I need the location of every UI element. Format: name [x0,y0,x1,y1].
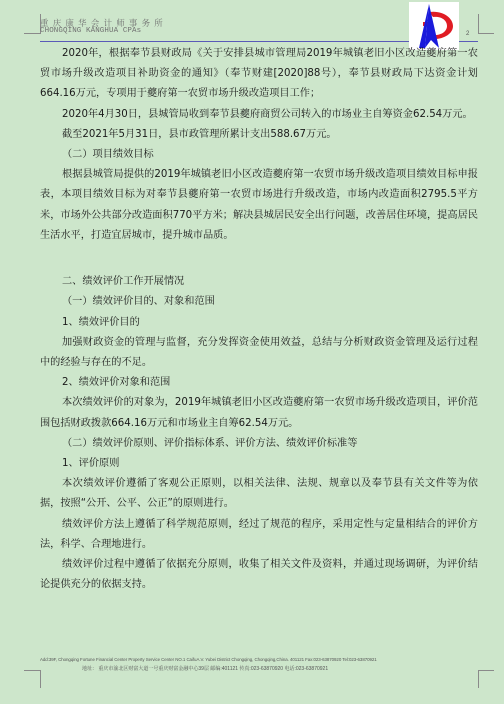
crop-mark [40,670,41,688]
crop-mark [478,670,479,688]
subsection-heading: 1、绩效评价目的 [40,313,478,333]
subsection-heading: 1、评价原则 [40,454,478,474]
paragraph: 截至2021年5月31日，县市政管理所累计支出588.67万元。 [40,125,478,145]
footer-address-en: Add:39F, Chongqing Fortune Financial Cen… [40,657,480,662]
paragraph: 2020年，根据奉节县财政局《关于安排县城市管理局2019年城镇老旧小区改造夔府… [40,44,478,105]
firm-name-en: CHONGQING KANGHUA CPAs [40,27,141,35]
crop-mark [478,33,494,34]
section-heading: （二）绩效评价原则、评价指标体系、评价方法、绩效评价标准等 [40,434,478,454]
paragraph: 根据县城管局提供的2019年城镇老旧小区改造夔府第一农贸市场升级改造项目绩效目标… [40,165,478,246]
kanghua-logo-icon [409,2,459,50]
document-page: 重庆康华会计师事务所 CHONGQING KANGHUA CPAs 2 2020… [0,0,504,704]
section-heading: （一）绩效评价目的、对象和范围 [40,292,478,312]
body-text: 2020年，根据奉节县财政局《关于安排县城市管理局2019年城镇老旧小区改造夔府… [40,44,478,595]
paragraph: 绩效评价过程中遵循了依据充分原则，收集了相关文件及资料，并通过现场调研，为评价结… [40,555,478,595]
footer-address-cn: 地址： 重庆市渝北区财富大道一号重庆财富金融中心39层 邮编:401121 传真… [82,665,328,672]
crop-mark [24,670,40,671]
section-heading: （二）项目绩效目标 [40,145,478,165]
paragraph: 绩效评价方法上遵循了科学规范原则，经过了规范的程序，采用定性与定量相结合的评价方… [40,515,478,555]
subsection-heading: 2、绩效评价对象和范围 [40,373,478,393]
page-number: 2 [466,31,469,37]
crop-mark [24,33,40,34]
blank-line [40,246,478,266]
paragraph: 本次绩效评价遵循了客观公正原则，以相关法律、法规、规章以及奉节县有关文件等为依据… [40,474,478,514]
paragraph: 2020年4月30日，县城管局收到奉节县夔府商贸公司转入的市场业主自筹资金62.… [40,105,478,125]
section-heading: 二、绩效评价工作开展情况 [40,272,478,292]
crop-mark [478,14,479,34]
crop-mark [478,670,494,671]
paragraph: 本次绩效评价的对象为，2019年城镇老旧小区改造夔府第一农贸市场升级改造项目，评… [40,393,478,433]
paragraph: 加强财政资金的管理与监督，充分发挥资金使用效益，总结与分析财政资金管理及运行过程… [40,333,478,373]
